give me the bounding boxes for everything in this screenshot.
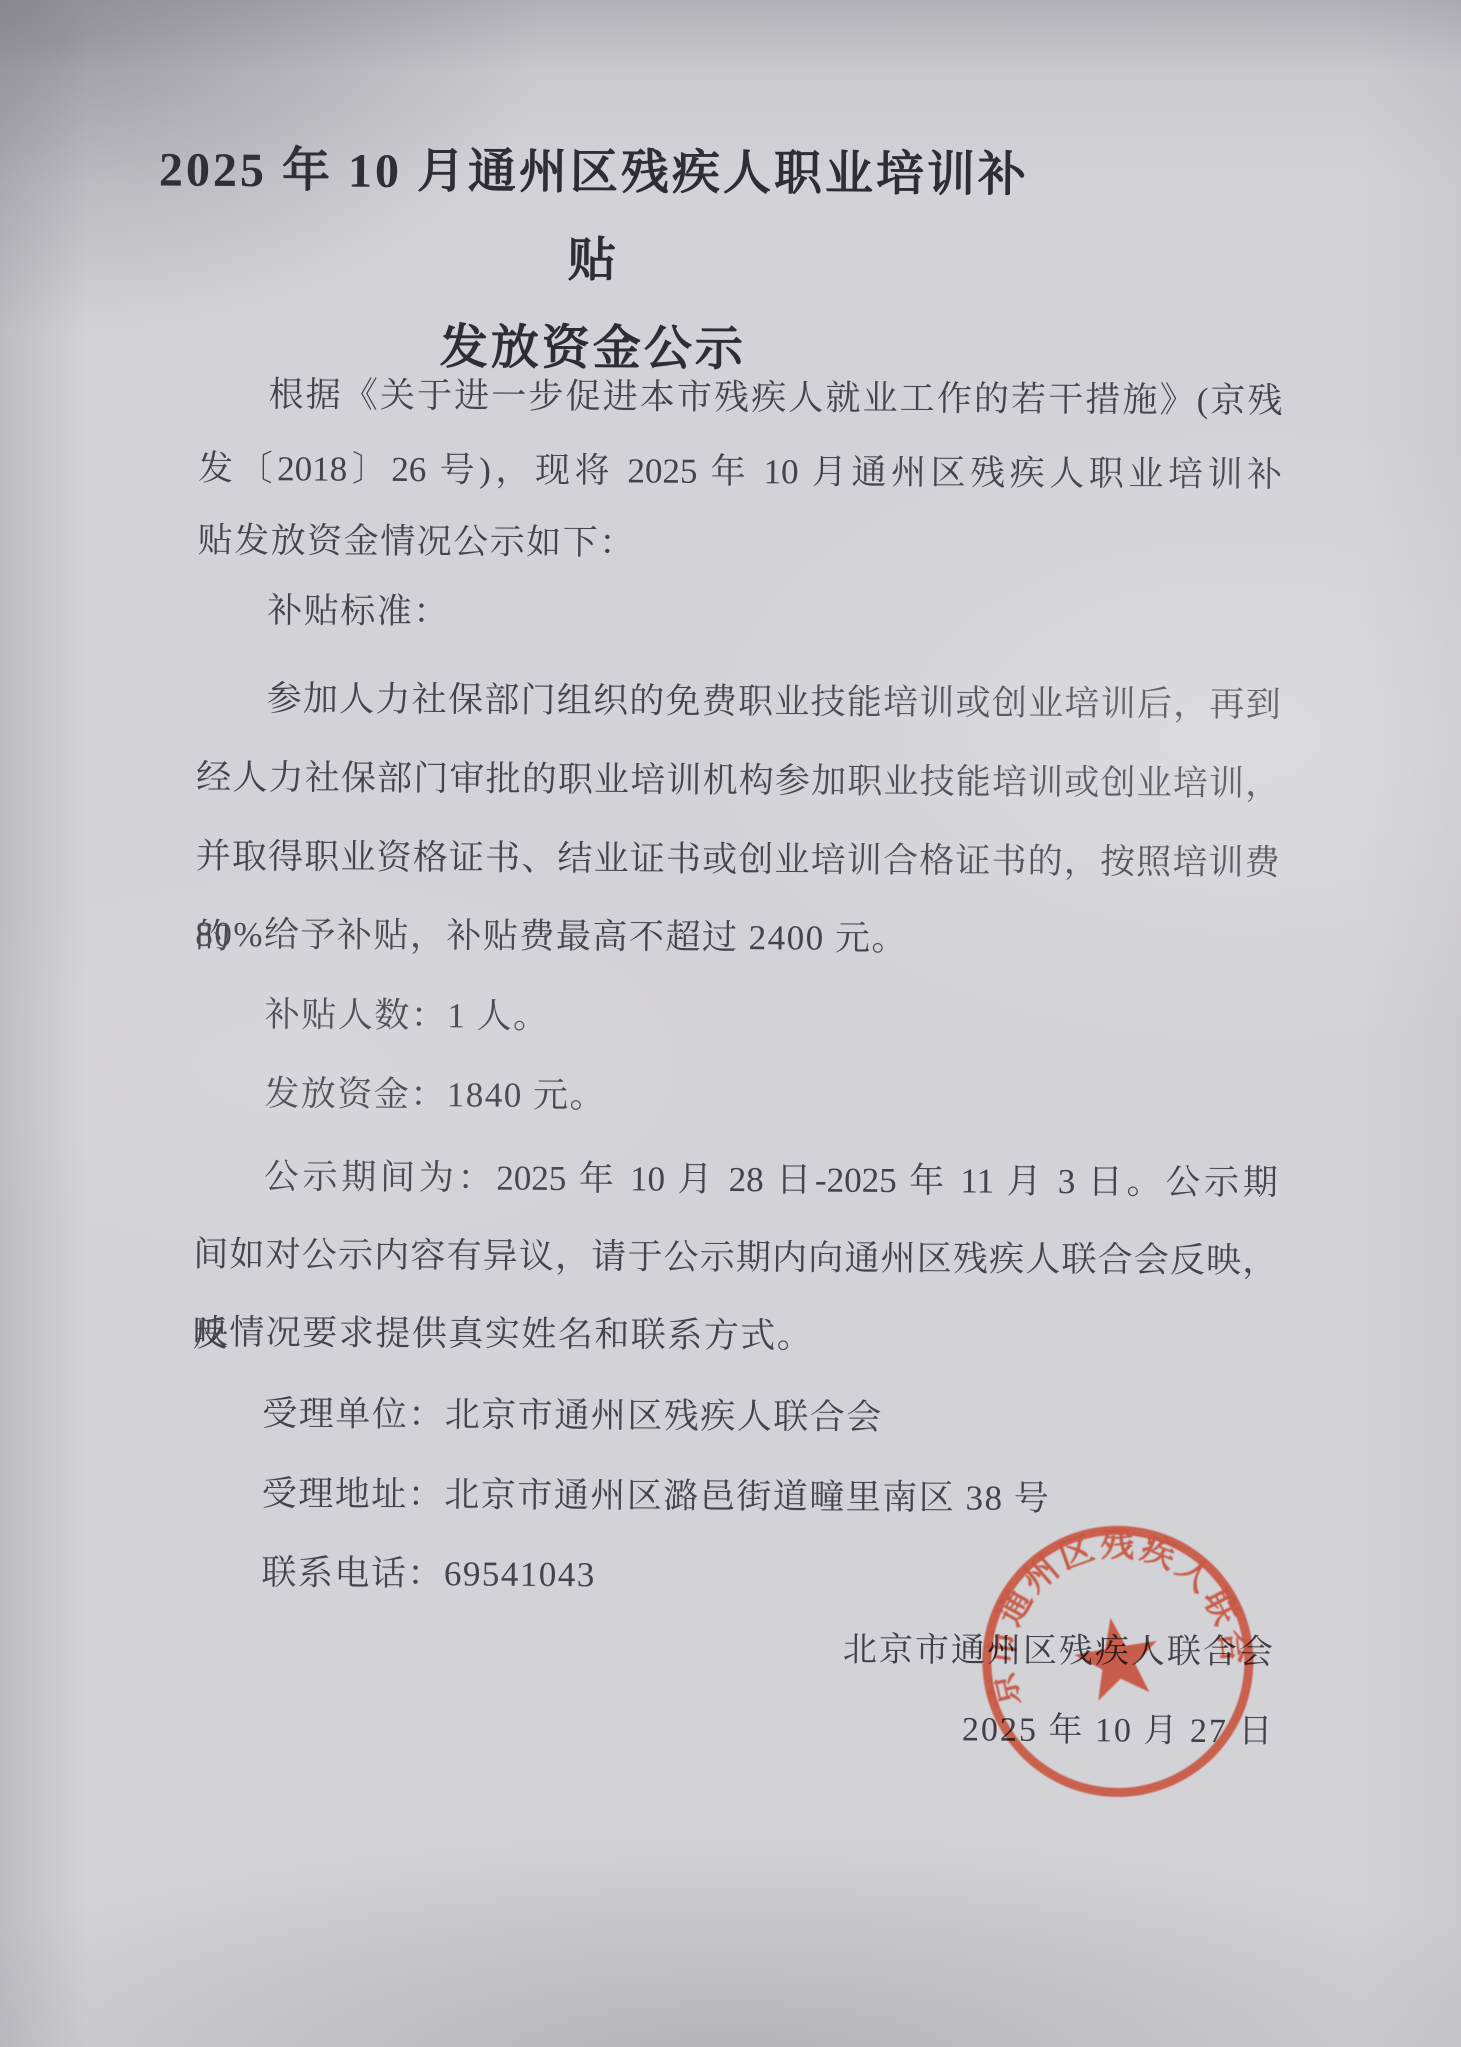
signature-date: 2025 年 10 月 27 日 bbox=[962, 1690, 1275, 1772]
document-page: 2025 年 10 月通州区残疾人职业培训补贴 发放资金公示 根据《关于进一步促… bbox=[0, 0, 1461, 2047]
body-line: 参加人力社保部门组织的免费职业技能培训或创业培训后，再到 bbox=[196, 659, 1280, 746]
body-line: 80%给予补贴，补贴费最高不超过 2400 元。 bbox=[195, 895, 1279, 982]
body-line: 经人力社保部门审批的职业培训机构参加职业技能培训或创业培训， bbox=[196, 738, 1280, 825]
signature-org: 北京市通州区残疾人联合会 bbox=[843, 1611, 1275, 1694]
body-line: 联系电话：69541043 bbox=[191, 1533, 1275, 1620]
body-line: 补贴标准： bbox=[197, 571, 1281, 658]
body-line: 受理单位：北京市通州区残疾人联合会 bbox=[192, 1374, 1276, 1461]
body-line: 发放资金：1840 元。 bbox=[194, 1054, 1278, 1141]
body-line: 映情况要求提供真实姓名和联系方式。 bbox=[193, 1293, 1277, 1380]
title-line-1: 2025 年 10 月通州区残疾人职业培训补贴 bbox=[133, 126, 1054, 308]
body-line: 公示期间为：2025 年 10 月 28 日-2025 年 11 月 3 日。公… bbox=[194, 1137, 1278, 1224]
body-line: 间如对公示内容有异议，请于公示期内向通州区残疾人联合会反映，反 bbox=[193, 1215, 1277, 1302]
paper-sheet: 2025 年 10 月通州区残疾人职业培训补贴 发放资金公示 根据《关于进一步促… bbox=[0, 0, 1461, 2047]
body-line: 根据《关于进一步促进本市残疾人就业工作的若干措施》(京残 bbox=[198, 355, 1282, 442]
body-line: 补贴人数：1 人。 bbox=[195, 975, 1279, 1062]
body-line: 受理地址：北京市通州区潞邑街道疃里南区 38 号 bbox=[192, 1454, 1276, 1541]
body-line: 并取得职业资格证书、结业证书或创业培训合格证书的，按照培训费的 bbox=[196, 817, 1280, 904]
